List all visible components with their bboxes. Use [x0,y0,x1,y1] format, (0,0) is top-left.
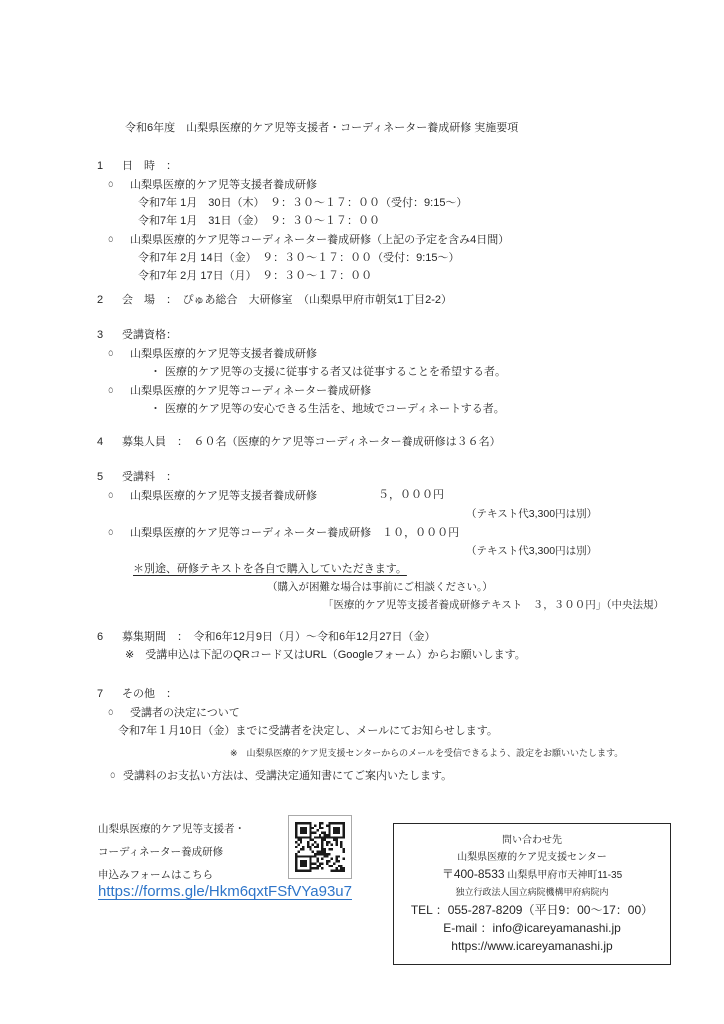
schedule-line: 令和7年 1月 30日（木） ９：３０～１７：００（受付：9:15～） [97,194,674,212]
list-item: ○受講者の決定について [97,703,674,722]
section-number: 3 [97,326,122,344]
fee-amount: ５，０００円 [378,486,444,504]
schedule-line: 令和7年 2月 17日（月） ９：３０～１７：００ [97,267,674,285]
section-number: 2 [97,291,122,309]
section-label: 募集期間 ： 令和6年12月9日（月）～令和6年12月27日（金） [122,631,436,643]
contact-email: E-mail ：info@icareyamanashi.jp [398,919,666,937]
section-capacity: 4募集人員 ： ６０名（医療的ケア児等コーディネーター養成研修は３６名） [97,433,674,451]
list-item-text: 山梨県医療的ケア児等コーディネーター養成研修（上記の予定を含み4日間） [130,234,509,246]
list-item: ○受講料のお支払い方法は、受講決定通知書にてご案内いたします。 [97,766,674,785]
document-page: 令和6年度 山梨県医療的ケア児等支援者・コーディネーター養成研修 実施要項 1日… [0,0,724,1024]
section-heading: 4募集人員 ： ６０名（医療的ケア児等コーディネーター養成研修は３６名） [97,433,674,451]
circle-bullet-icon: ○ [108,175,124,193]
schedule-line: 令和7年 1月 31日（金） ９：３０～１７：００ [97,212,674,230]
circle-bullet-icon: ○ [108,703,124,721]
purchase-help-note: （購入が困難な場合は事前にご相談ください。） [97,578,674,596]
mail-settings-note: ※ 山梨県医療的ケア児支援センターからのメールを受信できるよう、設定をお願いいた… [97,744,674,762]
section-number: 5 [97,468,122,486]
section-datetime: 1日 時 ： ○山梨県医療的ケア児等支援者養成研修 令和7年 1月 30日（木）… [97,157,674,285]
section-label: 募集人員 ： ６０名（医療的ケア児等コーディネーター養成研修は３６名） [122,436,501,448]
dot-bullet-icon: ・ [150,400,165,418]
address-text: 山梨県甲府市天神町11-35 [507,870,622,881]
section-number: 4 [97,433,122,451]
section-label: 日 時 ： [122,160,177,172]
list-item: ○山梨県医療的ケア児等支援者養成研修 [97,175,674,194]
circle-bullet-icon: ○ [108,523,124,541]
document-body: 令和6年度 山梨県医療的ケア児等支援者・コーディネーター養成研修 実施要項 1日… [97,121,674,785]
textbook-purchase-note: ＊別途、研修テキストを各自で購入していただきます。 [97,560,674,578]
circle-bullet-icon: ○ [108,381,124,399]
section-label: その他 ： [122,688,177,700]
fee-line: ○山梨県医療的ケア児等コーディネーター養成研修 １０，０００円 [97,523,674,542]
circle-bullet-icon: ○ [110,766,119,784]
application-form-link[interactable]: https://forms.gle/Hkm6qxtFSfVYa93u7 [98,883,352,900]
list-item-text: 受講料のお支払い方法は、受講決定通知書にてご案内いたします。 [123,770,452,782]
list-item-text: 山梨県医療的ケア児等コーディネーター養成研修 [130,385,371,397]
contact-org-note: 独立行政法人国立病院機構甲府病院内 [398,884,666,901]
section-application-period: 6募集期間 ： 令和6年12月9日（月）～令和6年12月27日（金） ※ 受講申… [97,628,674,664]
list-item-text: 山梨県医療的ケア児等支援者養成研修 [130,348,317,360]
section-heading: 2会 場 ： ぴゅあ総合 大研修室 （山梨県甲府市朝気1丁目2-2） [97,291,674,309]
contact-tel: TEL ：055-287-8209（平日9：00～17：00） [398,901,666,919]
textbook-title-note: 「医療的ケア児等支援者養成研修テキスト ３，３００円」（中央法規） [97,596,674,614]
section-number: 7 [97,685,122,703]
section-label: 受講資格： [122,329,177,341]
contact-box: 問い合わせ先 山梨県医療的ケア児支援センター 〒400-8533 山梨県甲府市天… [393,823,671,965]
fee-textbook-note: （テキスト代3,300円は別） [97,542,674,560]
contact-heading: 問い合わせ先 [398,832,666,849]
section-other: 7その他 ： ○受講者の決定について 令和7年１月10日（金）までに受講者を決定… [97,685,674,785]
list-item-text: 山梨県医療的ケア児等支援者養成研修 [130,179,317,191]
section-heading: 1日 時 ： [97,157,674,175]
contact-org: 山梨県医療的ケア児支援センター [398,849,666,866]
section-label: 受講料 ： [122,471,177,483]
postal-code: 〒400-8533 [442,867,505,881]
sub-list-item: ・医療的ケア児等の支援に従事する者又は従事することを希望する者。 [97,363,674,381]
page-title: 令和6年度 山梨県医療的ケア児等支援者・コーディネーター養成研修 実施要項 [97,121,674,135]
schedule-line: 令和7年 2月 14日（金） ９：３０～１７：００（受付：9:15～） [97,249,674,267]
form-info-block: 山梨県医療的ケア児等支援者・ コーディネーター養成研修 申込みフォームはこちら [98,818,245,887]
fee-line: ○山梨県医療的ケア児等支援者養成研修５，０００円 [97,486,674,505]
footer-area: 山梨県医療的ケア児等支援者・ コーディネーター養成研修 申込みフォームはこちら … [97,815,677,1015]
section-venue: 2会 場 ： ぴゅあ総合 大研修室 （山梨県甲府市朝気1丁目2-2） [97,291,674,309]
decision-date-line: 令和7年１月10日（金）までに受講者を決定し、メールにてお知らせします。 [97,722,674,740]
fee-course: 山梨県医療的ケア児等支援者養成研修 [130,490,317,502]
contact-address: 〒400-8533 山梨県甲府市天神町11-35 [398,866,666,884]
circle-bullet-icon: ○ [108,230,124,248]
list-item-text: 受講者の決定について [130,707,240,719]
dot-bullet-icon: ・ [150,363,165,381]
form-info-line: コーディネーター養成研修 [98,841,245,864]
qr-code-image [295,822,345,872]
section-number: 6 [97,628,122,646]
section-heading: 5受講料 ： [97,468,674,486]
sub-list-item: ・医療的ケア児等の安心できる生活を、地域でコーディネートする者。 [97,400,674,418]
application-method-note: ※ 受講申込は下記のQRコード又はURL（Googleフォーム）からお願いします… [97,646,674,664]
section-heading: 7その他 ： [97,685,674,703]
contact-website: https://www.icareyamanashi.jp [398,937,666,955]
section-eligibility: 3受講資格： ○山梨県医療的ケア児等支援者養成研修 ・医療的ケア児等の支援に従事… [97,326,674,418]
form-info-line: 山梨県医療的ケア児等支援者・ [98,818,245,841]
circle-bullet-icon: ○ [108,486,124,504]
sub-list-item-text: 医療的ケア児等の安心できる生活を、地域でコーディネートする者。 [165,403,505,415]
section-heading: 3受講資格： [97,326,674,344]
list-item: ○山梨県医療的ケア児等支援者養成研修 [97,344,674,363]
sub-list-item-text: 医療的ケア児等の支援に従事する者又は従事することを希望する者。 [165,366,506,378]
circle-bullet-icon: ○ [108,344,124,362]
fee-textbook-note: （テキスト代3,300円は別） [97,505,674,523]
list-item: ○山梨県医療的ケア児等コーディネーター養成研修（上記の予定を含み4日間） [97,230,674,249]
section-fee: 5受講料 ： ○山梨県医療的ケア児等支援者養成研修５，０００円 （テキスト代3,… [97,468,674,614]
list-item: ○山梨県医療的ケア児等コーディネーター養成研修 [97,381,674,400]
fee-course: 山梨県医療的ケア児等コーディネーター養成研修 １０，０００円 [130,527,459,539]
qr-code [288,815,352,879]
section-heading: 6募集期間 ： 令和6年12月9日（月）～令和6年12月27日（金） [97,628,674,646]
section-number: 1 [97,157,122,175]
section-label: 会 場 ： ぴゅあ総合 大研修室 （山梨県甲府市朝気1丁目2-2） [122,294,452,306]
